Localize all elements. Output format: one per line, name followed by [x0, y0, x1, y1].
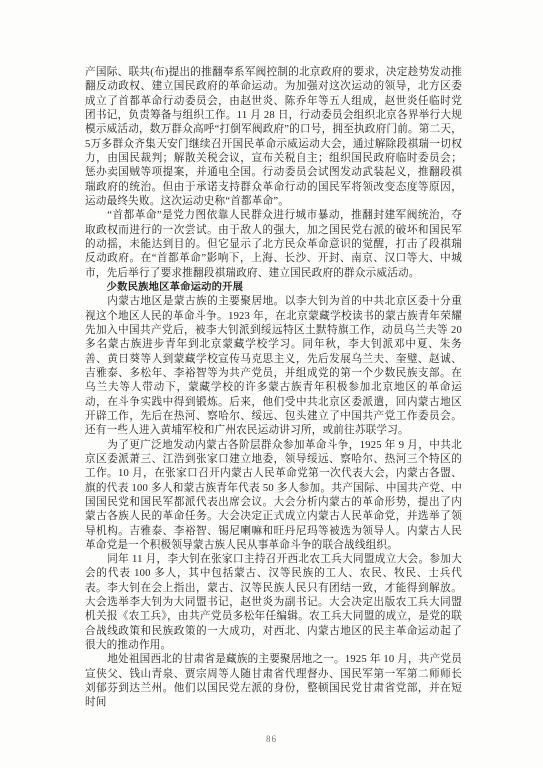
book-page: 产国际、联共(布)提出的推翻奉系军阀控制的北京政府的要求，决定趁势发动推翻反动政…: [0, 0, 543, 768]
paragraph-continuation: 产国际、联共(布)提出的推翻奉系军阀控制的北京政府的要求，决定趁势发动推翻反动政…: [85, 66, 462, 209]
section-heading: 少数民族地区革命运动的开展: [85, 281, 462, 295]
paragraph: 地处祖国西北的甘肃省是藏族的主要聚居地之一。1925 年 10 月，共产党员宣侠…: [85, 653, 462, 710]
text-block: 产国际、联共(布)提出的推翻奉系军阀控制的北京政府的要求，决定趁势发动推翻反动政…: [85, 66, 462, 711]
page-number: 86: [0, 734, 543, 744]
paragraph: 内蒙古地区是蒙古族的主要聚居地。以李大钊为首的中共北京区委十分重视这个地区人民的…: [85, 295, 462, 438]
paragraph: 同年 11 月，李大钊在张家口主持召开西北农工兵大同盟成立大会。参加大会的代表 …: [85, 553, 462, 653]
paragraph: 为了更广泛地发动内蒙古各阶层群众参加革命斗争，1925 年 9 月，中共北京区委…: [85, 439, 462, 554]
paragraph: “首都革命”是党力图依靠人民群众进行城市暴动，推翻封建军阀统治，夺取政权而进行的…: [85, 209, 462, 281]
